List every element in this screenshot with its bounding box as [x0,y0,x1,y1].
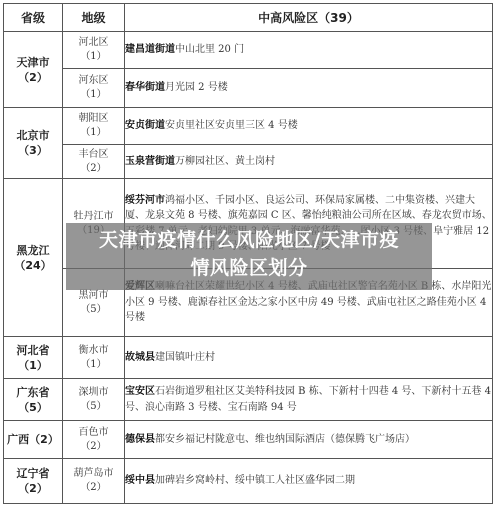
city-cell: 河东区 （1） [63,69,125,108]
table-row: 河北省 （1） 衡水市 （1） 故城县建国镇叶庄村 [4,337,493,379]
city-cell: 河北区 （1） [63,32,125,69]
area-cell: 宝安区石岩街道罗租社区艾美特科技园 B 栋、下新村十四巷 4 号、下新村十五巷 … [125,379,493,421]
city-cell: 丰台区 （2） [63,145,125,179]
area-lead: 建昌道街道 [125,44,175,55]
province-cell: 辽宁省 （2） [4,459,63,504]
area-lead: 故城县 [125,352,155,363]
province-cell: 北京市 （3） [4,108,63,179]
area-cell: 德保县都安乡福记村陇意屯、维也纳国际酒店（德保腾飞广场店） [125,421,493,459]
header-province: 省级 [4,4,63,32]
area-lead: 绥芬河市 [125,195,165,206]
area-cell: 故城县建国镇叶庄村 [125,337,493,379]
area-lead: 玉泉营街道 [125,156,175,167]
area-text: 中山北里 20 门 [175,44,244,55]
area-text: 安贞里社区安贞里三区 4 号楼 [165,120,298,131]
province-cell: 广西（2） [4,421,63,459]
table-row: 广东省 （5） 深圳市 （5） 宝安区石岩街道罗租社区艾美特科技园 B 栋、下新… [4,379,493,421]
area-lead: 德保县 [125,434,155,445]
area-text: 石岩街道罗租社区艾美特科技园 B 栋、下新村十四巷 4 号、下新村十五巷 4 号… [125,386,491,413]
area-cell: 春华街道月光园 2 号楼 [125,69,493,108]
city-cell: 朝阳区 （1） [63,108,125,145]
table-row: 丰台区 （2） 玉泉营街道万柳园社区、黄土岗村 [4,145,493,179]
area-cell: 安贞街道安贞里社区安贞里三区 4 号楼 [125,108,493,145]
overlay-title-line-1: 天津市疫情什么风险地区/天津市疫 [66,226,432,254]
table-row: 广西（2） 百色市 （2） 德保县都安乡福记村陇意屯、维也纳国际酒店（德保腾飞广… [4,421,493,459]
table-row: 辽宁省 （2） 葫芦岛市 （2） 绥中县加碑岩乡窝岭村、绥中镇工人社区盛华园二期 [4,459,493,504]
table-row: 天津市 （2） 河北区 （1） 建昌道街道中山北里 20 门 [4,32,493,69]
province-cell: 黑龙江 （24） [4,179,63,337]
header-city: 地级 [63,4,125,32]
area-cell: 绥中县加碑岩乡窝岭村、绥中镇工人社区盛华园二期 [125,459,493,504]
table-row: 北京市 （3） 朝阳区 （1） 安贞街道安贞里社区安贞里三区 4 号楼 [4,108,493,145]
area-text: 建国镇叶庄村 [155,352,215,363]
area-text: 加碑岩乡窝岭村、绥中镇工人社区盛华园二期 [155,475,355,486]
overlay-title: 天津市疫情什么风险地区/天津市疫 情风险区划分 [66,226,432,282]
area-lead: 绥中县 [125,475,155,486]
area-lead: 宝安区 [125,386,155,397]
province-cell: 广东省 （5） [4,379,63,421]
area-cell: 玉泉营街道万柳园社区、黄土岗村 [125,145,493,179]
city-cell: 衡水市 （1） [63,337,125,379]
city-cell: 百色市 （2） [63,421,125,459]
header-areas: 中高风险区（39） [125,4,493,32]
table-row: 河东区 （1） 春华街道月光园 2 号楼 [4,69,493,108]
overlay-title-line-2: 情风险区划分 [66,254,432,282]
area-lead: 安贞街道 [125,120,165,131]
city-cell: 深圳市 （5） [63,379,125,421]
city-cell: 葫芦岛市 （2） [63,459,125,504]
area-cell: 建昌道街道中山北里 20 门 [125,32,493,69]
area-text: 月光园 2 号楼 [165,82,228,93]
province-cell: 河北省 （1） [4,337,63,379]
province-cell: 天津市 （2） [4,32,63,108]
table-header-row: 省级 地级 中高风险区（39） [4,4,493,32]
area-text: 都安乡福记村陇意屯、维也纳国际酒店（德保腾飞广场店） [155,434,415,445]
area-text: 万柳园社区、黄土岗村 [175,156,275,167]
area-lead: 春华街道 [125,82,165,93]
